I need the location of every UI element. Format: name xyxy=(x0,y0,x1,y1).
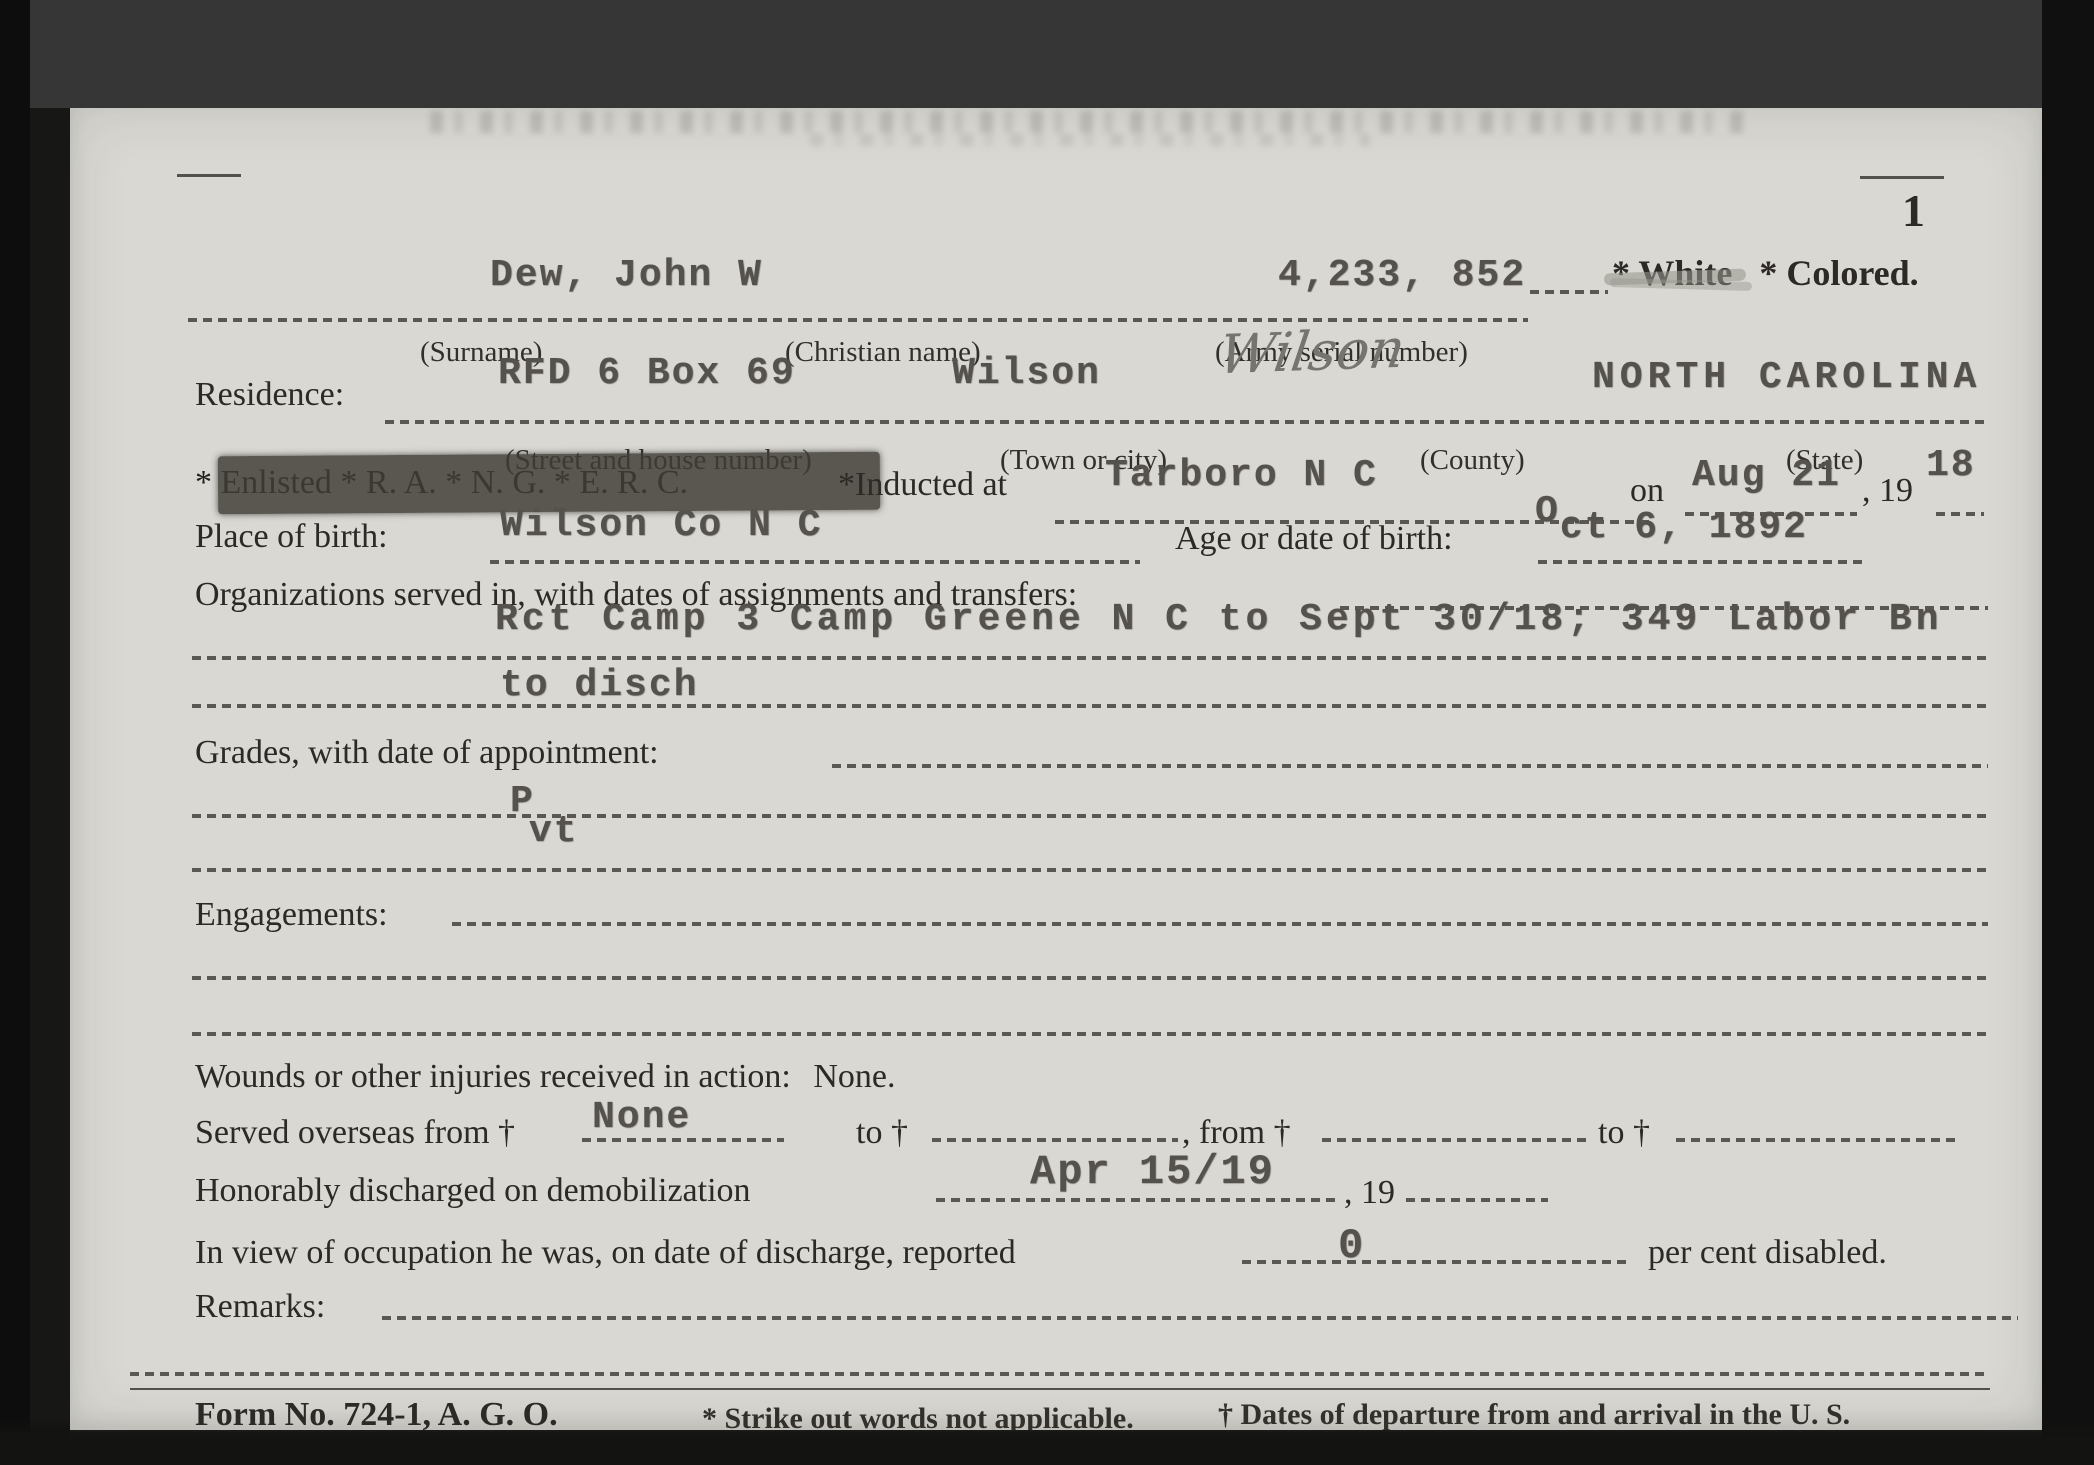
army-serial-value: 4,233, 852 xyxy=(1278,254,1526,297)
scanned-service-card-page: 1 Dew, John W 4,233, 852 * White * Color… xyxy=(0,0,2094,1465)
race-lead-rule xyxy=(1530,290,1608,294)
discharge-rule-1 xyxy=(936,1198,1336,1202)
inducted-year-prefix: , 19 xyxy=(1862,472,1913,510)
residence-state-value: NORTH CAROLINA xyxy=(1592,356,1981,399)
place-of-birth-label: Place of birth: xyxy=(195,518,388,556)
form-number-line2: N 23-1919 xyxy=(315,1424,444,1430)
footnote-strike-out: * Strike out words not applicable. xyxy=(702,1402,1134,1430)
discharge-label: Honorably discharged on demobilization xyxy=(195,1172,751,1210)
organizations-line-2: to disch xyxy=(500,664,698,707)
race-white-label: * White xyxy=(1612,252,1732,294)
organizations-line-1: Rct Camp 3 Camp Greene N C to Sept 30/18… xyxy=(495,598,1942,641)
discharge-rule-2 xyxy=(1406,1198,1548,1202)
page-number-rule xyxy=(1860,176,1944,179)
organizations-rule-3 xyxy=(192,704,1988,708)
overseas-rule-4 xyxy=(1676,1138,1956,1142)
inducted-on-label: on xyxy=(1630,472,1664,510)
discharge-date-value: Apr 15/19 xyxy=(1030,1148,1275,1196)
scan-left-margin xyxy=(30,108,70,1465)
disability-label: In view of occupation he was, on date of… xyxy=(195,1234,1016,1272)
surname-value: Dew, John W xyxy=(490,254,763,297)
race-options: * White * Colored. xyxy=(1612,252,1919,294)
overseas-to1-label: to † xyxy=(856,1114,908,1152)
place-of-birth-value: Wilson Co N C xyxy=(500,504,822,547)
inducted-year-rule xyxy=(1936,512,1984,516)
engagements-rule-2 xyxy=(192,976,1988,980)
service-record-card: 1 Dew, John W 4,233, 852 * White * Color… xyxy=(70,108,2042,1430)
inducted-year-value: 18 xyxy=(1926,444,1976,487)
engagements-rule-3 xyxy=(192,1032,1988,1036)
served-overseas-label: Served overseas from † xyxy=(195,1114,515,1152)
inducted-at-label: *Inducted at xyxy=(838,466,1007,504)
remarks-rule-2 xyxy=(130,1372,1990,1376)
page-number: 1 xyxy=(1902,184,1925,237)
footnote-overseas-dates: † Dates of departure from and arrival in… xyxy=(1218,1398,1850,1430)
residence-label: Residence: xyxy=(195,376,344,414)
birth-date-rule xyxy=(1538,560,1868,564)
overseas-rule-1 xyxy=(582,1138,784,1142)
bleed-through-text xyxy=(810,134,1370,146)
place-of-birth-rule xyxy=(490,560,1140,564)
residence-county-handwritten: Wilson xyxy=(1215,317,1409,386)
scan-right-edge xyxy=(2042,0,2094,1465)
birth-date-raised-letter: O xyxy=(1535,490,1560,533)
overseas-from1-value: None xyxy=(592,1096,691,1139)
bleed-through-text xyxy=(430,111,1750,133)
residence-street-value: RFD 6 Box 69 xyxy=(498,352,796,395)
organizations-rule-2 xyxy=(192,656,1988,660)
disability-value: 0 xyxy=(1338,1222,1365,1270)
wounds-label: Wounds or other injuries received in act… xyxy=(195,1058,896,1096)
birth-date-value: Oct 6, 1892 xyxy=(1535,506,1808,549)
grades-rule-3 xyxy=(192,868,1988,872)
remarks-label: Remarks: xyxy=(195,1288,325,1326)
grades-label: Grades, with date of appointment: xyxy=(195,734,659,772)
wounds-value: None. xyxy=(813,1058,895,1095)
disability-rule xyxy=(1242,1260,1628,1264)
overseas-from2-label: , from † xyxy=(1182,1114,1291,1152)
engagements-rule-1 xyxy=(452,922,1988,926)
remarks-rule-1 xyxy=(382,1316,2018,1320)
overseas-rule-2 xyxy=(932,1138,1178,1142)
overseas-rule-3 xyxy=(1322,1138,1590,1142)
county-caption: (County) xyxy=(1420,444,1525,477)
age-label: Age or date of birth: xyxy=(1175,520,1453,558)
top-left-rule xyxy=(177,174,241,177)
grades-rule-1 xyxy=(832,764,1988,768)
inducted-place-value: Tarboro N C xyxy=(1105,454,1378,497)
discharge-year-prefix: , 19 xyxy=(1344,1174,1395,1212)
residence-rule xyxy=(385,420,1987,424)
overseas-to2-label: to † xyxy=(1598,1114,1650,1152)
inducted-date-value: Aug 21 xyxy=(1692,454,1841,497)
engagements-label: Engagements: xyxy=(195,896,388,934)
disability-suffix: per cent disabled. xyxy=(1648,1234,1887,1272)
scan-left-edge xyxy=(0,0,30,1465)
grades-rule-2 xyxy=(192,814,1988,818)
residence-town-value: Wilson xyxy=(952,352,1101,395)
race-colored-label: * Colored. xyxy=(1759,253,1918,293)
footer-separator-line xyxy=(130,1388,1990,1390)
